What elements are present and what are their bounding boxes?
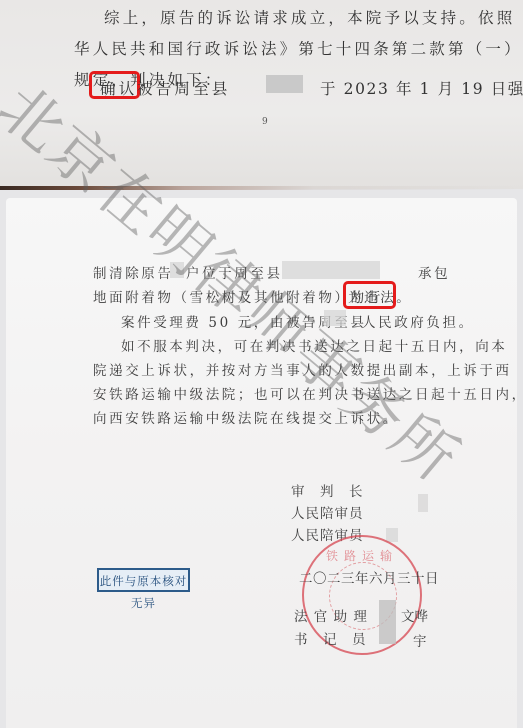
- text-line: 人民政府负担。: [362, 311, 475, 331]
- verdict-date-text: 于 2023 年 1 月 19 日强: [320, 77, 523, 99]
- redacted-block: [266, 75, 303, 93]
- clerk-label: 书 记 员: [294, 628, 367, 648]
- text-line: 院递交上诉状，并按对方当事人的人数提出副本，上诉于西: [93, 359, 512, 379]
- text-line: 户位于周至县: [186, 262, 283, 282]
- text-line: 华人民共和国行政诉讼法》第七十四条第二款第（一）项的: [74, 37, 523, 59]
- highlight-box: [343, 281, 396, 309]
- redacted-block: [282, 261, 380, 279]
- redacted-block: [379, 622, 396, 644]
- highlight-box: [89, 71, 140, 99]
- redacted-block: [418, 494, 428, 512]
- judgment-date: 二〇二三年六月三十日: [299, 567, 439, 587]
- juror-label: 人民陪审员: [291, 502, 364, 522]
- clerk-name: 宇: [413, 630, 429, 650]
- text-line: 向西安铁路运输中级法院在线提交上诉状。: [93, 407, 399, 427]
- page-number: 9: [262, 117, 268, 127]
- copy-verified-stamp: 此件与原本核对无异: [97, 568, 190, 592]
- presiding-judge-label: 审 判 长: [291, 480, 364, 500]
- redacted-block: [170, 262, 184, 278]
- text-line: 如不服本判决，可在判决书送达之日起十五日内，向本: [121, 335, 507, 355]
- redacted-block: [324, 310, 346, 326]
- text-line: 地面附着物（雪松树及其他附着物）的行: [93, 286, 383, 306]
- judge-assistant-label: 法 官 助 理: [294, 605, 368, 625]
- judge-assistant-name: 文哗: [401, 605, 428, 625]
- page-edge-shadow: [0, 186, 523, 190]
- text-line: 承包: [418, 262, 450, 282]
- previous-page: 综上，原告的诉讼请求成立，本院予以支持。依照《中 华人民共和国行政诉讼法》第七十…: [0, 0, 523, 189]
- redacted-block: [379, 600, 396, 622]
- text-line: 制清除原告: [93, 262, 174, 282]
- verdict-text: 被告周至县: [137, 77, 231, 99]
- text-line: 综上，原告的诉讼请求成立，本院予以支持。依照《中: [104, 6, 523, 28]
- text-line: 安铁路运输中级法院；也可以在判决书送达之日起十五日内，: [93, 383, 523, 403]
